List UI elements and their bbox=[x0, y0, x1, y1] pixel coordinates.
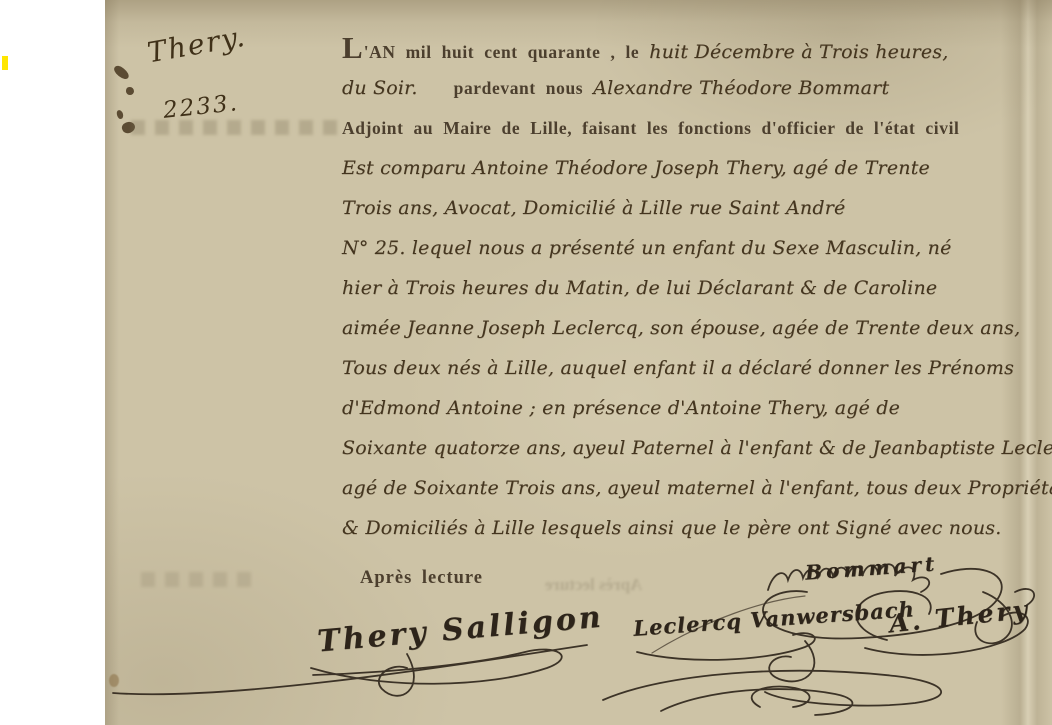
act-line: Est comparu Antoine Théodore Joseph Ther… bbox=[342, 148, 1047, 188]
document-scan: Thery. 2233. L'AN mil huit cent quarante… bbox=[0, 0, 1052, 725]
act-line: N° 25. lequel nous a présenté un enfant … bbox=[342, 228, 1047, 268]
handwritten-text: du Soir. bbox=[342, 77, 450, 99]
act-line: L'AN mil huit cent quarante , le huit Dé… bbox=[342, 28, 1047, 68]
handwritten-text: Tous deux nés à Lille, auquel enfant il … bbox=[342, 357, 1014, 379]
handwritten-text: huit Décembre à Trois heures, bbox=[649, 41, 948, 63]
scanner-margin bbox=[0, 0, 105, 725]
signature-leclercq-vanwersbach: Leclercq Vanwersbach bbox=[632, 596, 915, 641]
act-line: agé de Soixante Trois ans, ayeul materne… bbox=[342, 468, 1047, 508]
handwritten-text: aimée Jeanne Joseph Leclercq, son épouse… bbox=[342, 317, 1020, 339]
handwritten-text: N° 25. lequel nous a présenté un enfant … bbox=[342, 237, 952, 259]
act-line: & Domiciliés à Lille lesquels ainsi que … bbox=[342, 508, 1047, 548]
handwritten-text: hier à Trois heures du Matin, de lui Déc… bbox=[342, 277, 937, 299]
margin-note-act-number: 2233. bbox=[162, 90, 240, 124]
act-line: aimée Jeanne Joseph Leclercq, son épouse… bbox=[342, 308, 1047, 348]
printed-text: pardevant nous bbox=[454, 78, 594, 98]
signature-bommart: Bommart bbox=[804, 551, 939, 584]
bottom-paraph-flourish bbox=[752, 686, 810, 707]
margin-note-surname: Thery. bbox=[145, 20, 249, 70]
printed-text: 'AN mil huit cent quarante , le bbox=[364, 42, 650, 62]
printed-text: Adjoint au Maire de Lille, faisant les f… bbox=[342, 118, 960, 138]
ghost-closing-label: Après lecture bbox=[545, 575, 642, 595]
highlight-mark bbox=[2, 56, 8, 70]
bleedthrough-smudge bbox=[141, 572, 261, 587]
act-line: Adjoint au Maire de Lille, faisant les f… bbox=[342, 108, 1047, 148]
bottom-paraph-flourish bbox=[661, 689, 852, 715]
ink-blot bbox=[126, 87, 134, 95]
handwritten-text: Alexandre Théodore Bommart bbox=[593, 77, 889, 99]
signature-leclercq-flourish bbox=[769, 641, 814, 681]
handwritten-text: d'Edmond Antoine ; en présence d'Antoine… bbox=[342, 397, 900, 419]
paper-stain bbox=[109, 674, 119, 687]
handwritten-text: Trois ans, Avocat, Domicilié à Lille rue… bbox=[342, 197, 845, 219]
act-line: du Soir. pardevant nous Alexandre Théodo… bbox=[342, 68, 1047, 108]
ink-blot bbox=[112, 64, 131, 82]
bleedthrough-smudge bbox=[131, 120, 341, 135]
act-line: d'Edmond Antoine ; en présence d'Antoine… bbox=[342, 388, 1047, 428]
act-line: hier à Trois heures du Matin, de lui Déc… bbox=[342, 268, 1047, 308]
drop-cap-initial: L bbox=[342, 30, 364, 65]
signature-thery-flourish bbox=[379, 654, 414, 696]
handwritten-text: & Domiciliés à Lille lesquels ainsi que … bbox=[342, 517, 1001, 539]
handwritten-text: Soixante quatorze ans, ayeul Paternel à … bbox=[342, 437, 1052, 459]
act-line: Soixante quatorze ans, ayeul Paternel à … bbox=[342, 428, 1047, 468]
closing-label: Après lecture bbox=[360, 568, 483, 589]
document-page: Thery. 2233. L'AN mil huit cent quarante… bbox=[105, 0, 1052, 725]
bottom-paraph-flourish bbox=[603, 671, 941, 706]
handwritten-text: agé de Soixante Trois ans, ayeul materne… bbox=[342, 477, 1052, 499]
act-line: Trois ans, Avocat, Domicilié à Lille rue… bbox=[342, 188, 1047, 228]
signature-thery-salligon: Thery Salligon bbox=[316, 600, 605, 660]
act-text: L'AN mil huit cent quarante , le huit Dé… bbox=[342, 28, 1047, 548]
act-line: Tous deux nés à Lille, auquel enfant il … bbox=[342, 348, 1047, 388]
ink-blot bbox=[116, 109, 124, 119]
handwritten-text: Est comparu Antoine Théodore Joseph Ther… bbox=[342, 157, 930, 179]
